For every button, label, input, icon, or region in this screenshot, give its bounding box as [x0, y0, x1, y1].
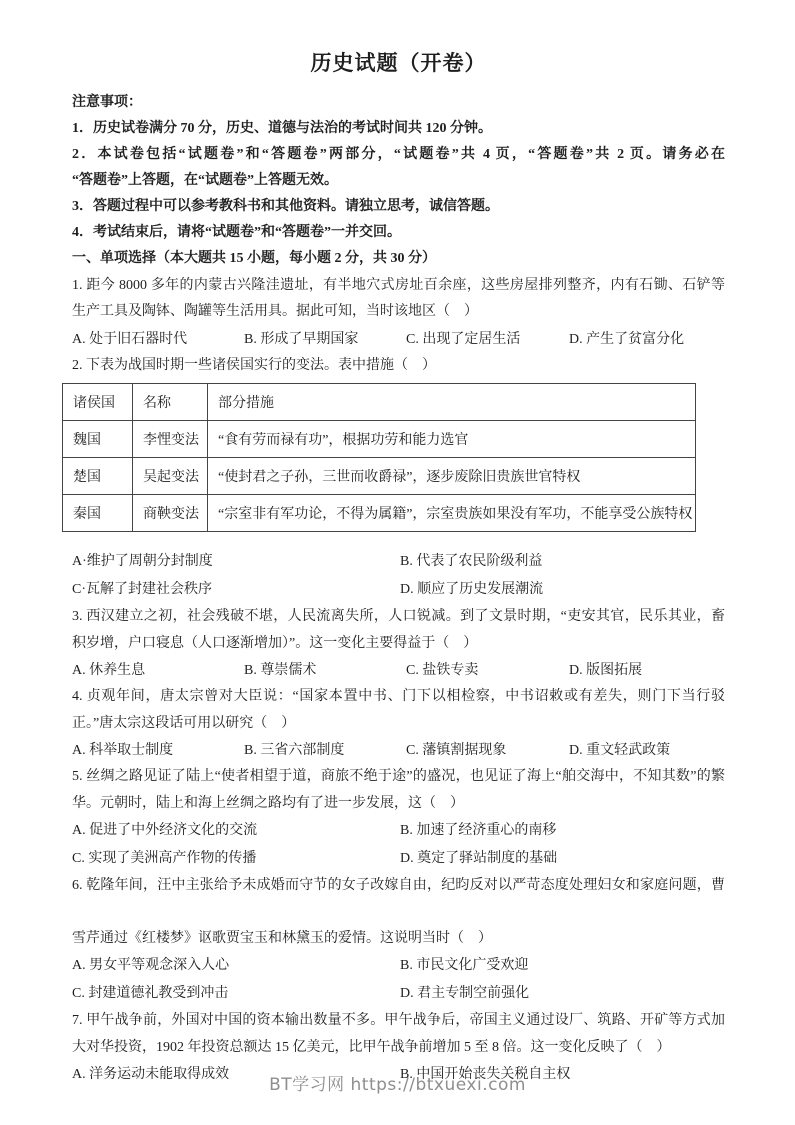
option-d: D. 版图拓展 — [569, 657, 725, 684]
option-c: C. 实现了美洲高产作物的传播 — [72, 845, 400, 873]
page-title: 历史试题（开卷） — [72, 48, 725, 78]
table-cell: 商鞅变法 — [133, 495, 208, 532]
question-stem-line: 4. 贞观年间，唐太宗曾对大臣说：“国家本置中书、门下以相检察，中书诏敕或有差失… — [72, 684, 725, 711]
question-stem-line: 积岁增，户口寝息（人口逐渐增加）”。这一变化主要得益于（ ） — [72, 631, 725, 658]
option-a: A·维护了周朝分封制度 — [72, 548, 400, 576]
table-cell: 吴起变法 — [133, 458, 208, 495]
question-5-options: A. 促进了中外经济文化的交流 B. 加速了经济重心的南移 C. 实现了美洲高产… — [72, 817, 725, 873]
option-d: D. 奠定了驿站制度的基础 — [400, 845, 725, 873]
option-b: B. 尊崇儒术 — [244, 657, 406, 684]
section-heading: 一、单项选择（本大题共 15 小题，每小题 2 分，共 30 分） — [72, 246, 725, 273]
question-1: 1. 距今 8000 多年的内蒙古兴隆洼遗址，有半地穴式房址百余座，这些房屋排列… — [72, 273, 725, 353]
option-b: B. 三省六部制度 — [244, 737, 406, 764]
option-a: A. 处于旧石器时代 — [72, 326, 244, 353]
table-row: 楚国 吴起变法 “使封君之子孙，三世而收爵禄”，逐步废除旧贵族世官特权 — [63, 458, 696, 495]
table-cell: “使封君之子孙，三世而收爵禄”，逐步废除旧贵族世官特权 — [208, 458, 696, 495]
table-header-cell: 名称 — [133, 384, 208, 421]
question-5: 5. 丝绸之路见证了陆上“使者相望于道，商旅不绝于途”的盛况，也见证了海上“舶交… — [72, 764, 725, 873]
option-a: A. 男女平等观念深入人心 — [72, 952, 400, 980]
question-3-options: A. 休养生息 B. 尊崇儒术 C. 盐铁专卖 D. 版图拓展 — [72, 657, 725, 684]
notice-heading: 注意事项： — [72, 90, 725, 116]
table-cell: 魏国 — [63, 421, 133, 458]
watermark: BT学习网 https://btxuexi.com — [0, 1070, 795, 1095]
table-row: 秦国 商鞅变法 “宗室非有军功论，不得为属籍”，宗室贵族如果没有军功，不能享受公… — [63, 495, 696, 532]
option-b: B. 加速了经济重心的南移 — [400, 817, 725, 845]
table-cell: 楚国 — [63, 458, 133, 495]
question-stem-line: 华。元朝时，陆上和海上丝绸之路均有了进一步发展，这（ ） — [72, 791, 725, 818]
table-cell: “宗室非有军功论，不得为属籍”，宗室贵族如果没有军功，不能享受公族特权 — [208, 495, 696, 532]
table-cell: 李悝变法 — [133, 421, 208, 458]
option-b: B. 形成了早期国家 — [244, 326, 406, 353]
question-2: 2. 下表为战国时期一些诸侯国实行的变法。表中措施（ ） 诸侯国 名称 部分措施… — [72, 353, 725, 605]
option-d: D. 君主专制空前强化 — [400, 980, 725, 1008]
option-d: D. 重文轻武政策 — [569, 737, 725, 764]
option-a: A. 休养生息 — [72, 657, 244, 684]
question-stem-line: 6. 乾隆年间，汪中主张给予未成婚而守节的女子改嫁自由，纪昀反对以严苛态度处理妇… — [72, 873, 725, 900]
exam-page: 历史试题（开卷） 注意事项： 1．历史试卷满分 70 分，历史、道德与法治的考试… — [0, 0, 795, 1125]
option-b: B. 代表了农民阶级利益 — [400, 548, 725, 576]
option-c: C. 封建道德礼教受到冲击 — [72, 980, 400, 1008]
question-stem-line: 5. 丝绸之路见证了陆上“使者相望于道，商旅不绝于途”的盛况，也见证了海上“舶交… — [72, 764, 725, 791]
question-stem-line: 3. 西汉建立之初，社会残破不堪，人民流离失所，人口锐减。到了文景时期，“吏安其… — [72, 604, 725, 631]
table-cell: 秦国 — [63, 495, 133, 532]
table-header-row: 诸侯国 名称 部分措施 — [63, 384, 696, 421]
question-stem-line: 生产工具及陶钵、陶罐等生活用具。据此可知，当时该地区（ ） — [72, 299, 725, 326]
question-3: 3. 西汉建立之初，社会残破不堪，人民流离失所，人口锐减。到了文景时期，“吏安其… — [72, 604, 725, 684]
reform-table: 诸侯国 名称 部分措施 魏国 李悝变法 “食有劳而禄有功”，根据功劳和能力选官 … — [62, 383, 696, 532]
option-d: D. 顺应了历史发展潮流 — [400, 576, 725, 604]
notice-item-2-line-1: 2．本试卷包括“试题卷”和“答题卷”两部分，“试题卷”共 4 页，“答题卷”共 … — [72, 142, 725, 168]
question-6: 6. 乾隆年间，汪中主张给予未成婚而守节的女子改嫁自由，纪昀反对以严苛态度处理妇… — [72, 873, 725, 1008]
question-stem-line: 大对华投资，1902 年投资总额达 15 亿美元，比甲午战争前增加 5 至 8 … — [72, 1035, 725, 1062]
notice-item-2-line-2: “答题卷”上答题，在“试题卷”上答题无效。 — [72, 168, 725, 194]
table-header-cell: 部分措施 — [208, 384, 696, 421]
option-c: C. 盐铁专卖 — [406, 657, 569, 684]
question-2-options: A·维护了周朝分封制度 B. 代表了农民阶级利益 C·瓦解了封建社会秩序 D. … — [72, 548, 725, 604]
option-a: A. 科举取士制度 — [72, 737, 244, 764]
notice-item-1: 1．历史试卷满分 70 分，历史、道德与法治的考试时间共 120 分钟。 — [72, 116, 725, 142]
question-4-options: A. 科举取士制度 B. 三省六部制度 C. 藩镇割据现象 D. 重文轻武政策 — [72, 737, 725, 764]
option-a: A. 促进了中外经济文化的交流 — [72, 817, 400, 845]
question-4: 4. 贞观年间，唐太宗曾对大臣说：“国家本置中书、门下以相检察，中书诏敕或有差失… — [72, 684, 725, 764]
table-row: 魏国 李悝变法 “食有劳而禄有功”，根据功劳和能力选官 — [63, 421, 696, 458]
question-stem-line: 正。”唐太宗这段话可用以研究（ ） — [72, 711, 725, 738]
option-b: B. 市民文化广受欢迎 — [400, 952, 725, 980]
notice-item-3: 3．答题过程中可以参考教科书和其他资料。请独立思考，诚信答题。 — [72, 194, 725, 220]
question-stem-line: 2. 下表为战国时期一些诸侯国实行的变法。表中措施（ ） — [72, 353, 725, 380]
table-header-cell: 诸侯国 — [63, 384, 133, 421]
notice-section: 注意事项： 1．历史试卷满分 70 分，历史、道德与法治的考试时间共 120 分… — [72, 90, 725, 246]
question-stem-line: 雪芹通过《红楼梦》讴歌贾宝玉和林黛玉的爱情。这说明当时（ ） — [72, 926, 725, 953]
question-stem-line: 7. 甲午战争前，外国对中国的资本输出数量不多。甲午战争后，帝国主义通过设厂、筑… — [72, 1008, 725, 1035]
question-1-options: A. 处于旧石器时代 B. 形成了早期国家 C. 出现了定居生活 D. 产生了贫… — [72, 326, 725, 353]
option-c: C·瓦解了封建社会秩序 — [72, 576, 400, 604]
question-stem-line: 1. 距今 8000 多年的内蒙古兴隆洼遗址，有半地穴式房址百余座，这些房屋排列… — [72, 273, 725, 300]
option-c: C. 出现了定居生活 — [406, 326, 569, 353]
option-d: D. 产生了贫富分化 — [569, 326, 725, 353]
question-6-options: A. 男女平等观念深入人心 B. 市民文化广受欢迎 C. 封建道德礼教受到冲击 … — [72, 952, 725, 1008]
notice-item-4: 4．考试结束后，请将“试题卷”和“答题卷”一并交回。 — [72, 220, 725, 246]
table-cell: “食有劳而禄有功”，根据功劳和能力选官 — [208, 421, 696, 458]
option-c: C. 藩镇割据现象 — [406, 737, 569, 764]
